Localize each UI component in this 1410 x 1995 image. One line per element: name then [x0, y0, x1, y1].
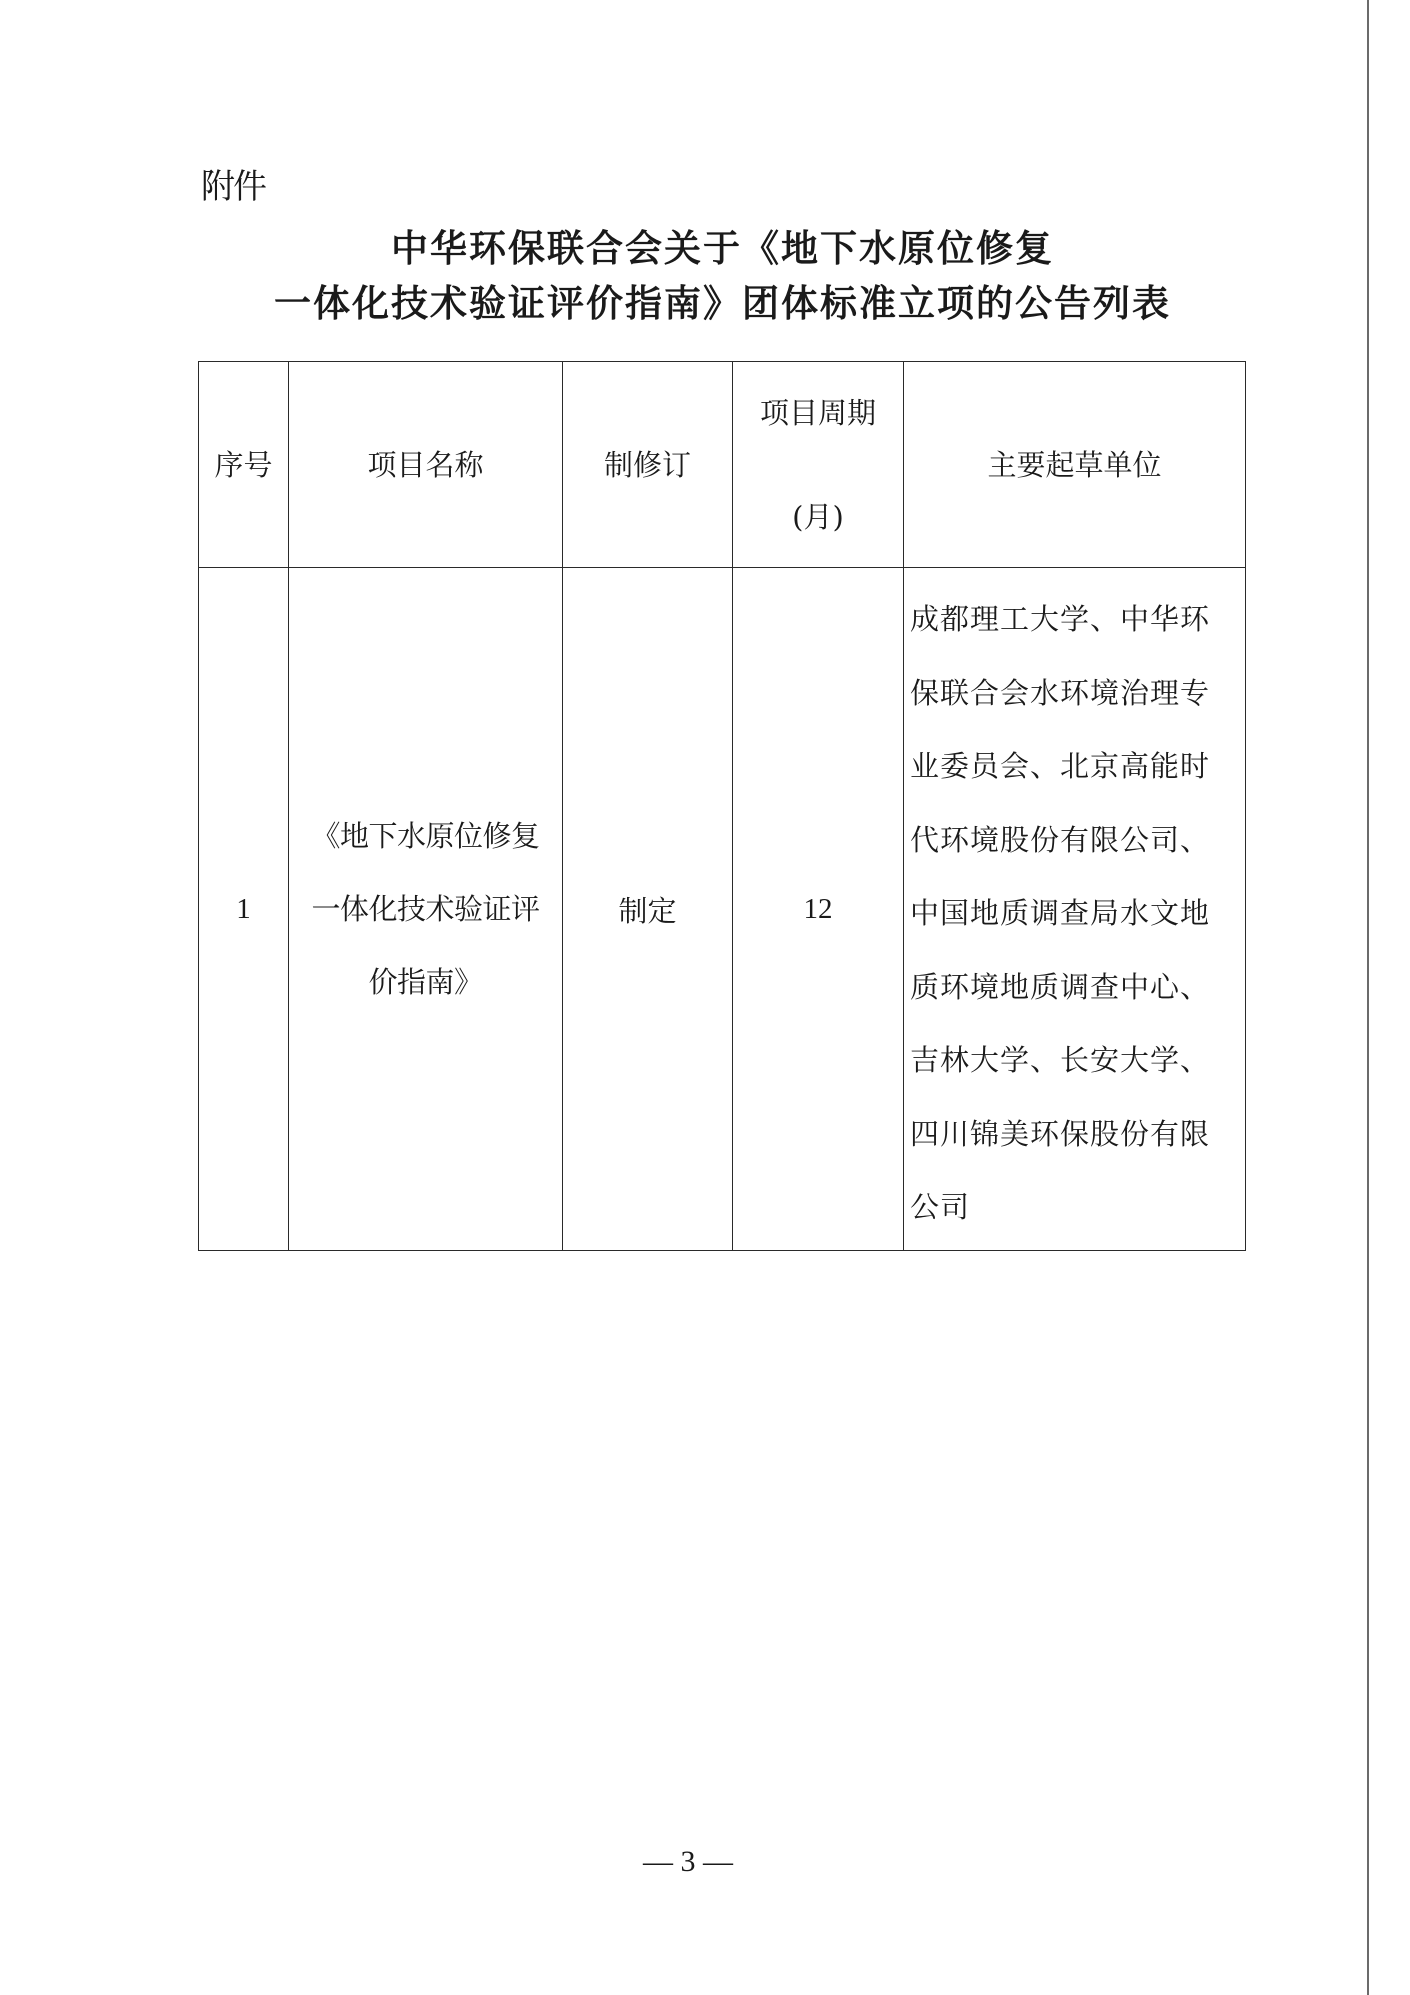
header-type: 制修订 — [563, 362, 733, 568]
document-title-line-1: 中华环保联合会关于《地下水原位修复 — [200, 226, 1245, 272]
cell-period: 12 — [733, 568, 904, 1251]
project-name-line: 价指南》 — [289, 946, 562, 1019]
table-row: 1 《地下水原位修复 一体化技术验证评 价指南》 制定 12 成都理工大学、中华… — [199, 568, 1246, 1251]
drafter-line: 代环境股份有限公司、 — [910, 804, 1245, 878]
project-name-line: 《地下水原位修复 — [289, 800, 562, 873]
drafter-line: 质环境地质调查中心、 — [910, 951, 1245, 1025]
drafter-line: 吉林大学、长安大学、 — [910, 1024, 1245, 1098]
page-edge-line — [1367, 0, 1369, 1995]
header-index: 序号 — [199, 362, 289, 568]
header-period: 项目周期 (月) — [733, 362, 904, 568]
header-type-label: 制修订 — [563, 447, 732, 483]
cell-drafters: 成都理工大学、中华环 保联合会水环境治理专 业委员会、北京高能时 代环境股份有限… — [904, 568, 1246, 1251]
header-index-label: 序号 — [199, 447, 288, 483]
document-title-line-2: 一体化技术验证评价指南》团体标准立项的公告列表 — [200, 281, 1245, 327]
table-header-row: 序号 项目名称 制修订 项目周期 (月) 主要起草单位 — [199, 362, 1246, 568]
cell-index: 1 — [199, 568, 289, 1251]
header-drafters-label: 主要起草单位 — [904, 447, 1245, 483]
header-project-name: 项目名称 — [289, 362, 563, 568]
header-period-label: 项目周期 — [733, 395, 903, 431]
header-period-unit: (月) — [733, 499, 903, 535]
drafter-line: 中国地质调查局水文地 — [910, 877, 1245, 951]
drafter-line: 成都理工大学、中华环 — [910, 583, 1245, 657]
drafter-line: 四川锦美环保股份有限 — [910, 1098, 1245, 1172]
header-drafters: 主要起草单位 — [904, 362, 1246, 568]
cell-project-name: 《地下水原位修复 一体化技术验证评 价指南》 — [289, 568, 563, 1251]
drafter-line: 业委员会、北京高能时 — [910, 730, 1245, 804]
drafter-line: 保联合会水环境治理专 — [910, 657, 1245, 731]
announcement-table: 序号 项目名称 制修订 项目周期 (月) 主要起草单位 1 《地下水原位修复 一… — [198, 361, 1246, 1251]
cell-type: 制定 — [563, 568, 733, 1251]
drafter-line: 公司 — [910, 1171, 1245, 1245]
attachment-label: 附件 — [201, 166, 265, 208]
header-project-name-label: 项目名称 — [289, 447, 562, 483]
project-name-line: 一体化技术验证评 — [289, 873, 562, 946]
page-number: — 3 — — [0, 1845, 1376, 1879]
